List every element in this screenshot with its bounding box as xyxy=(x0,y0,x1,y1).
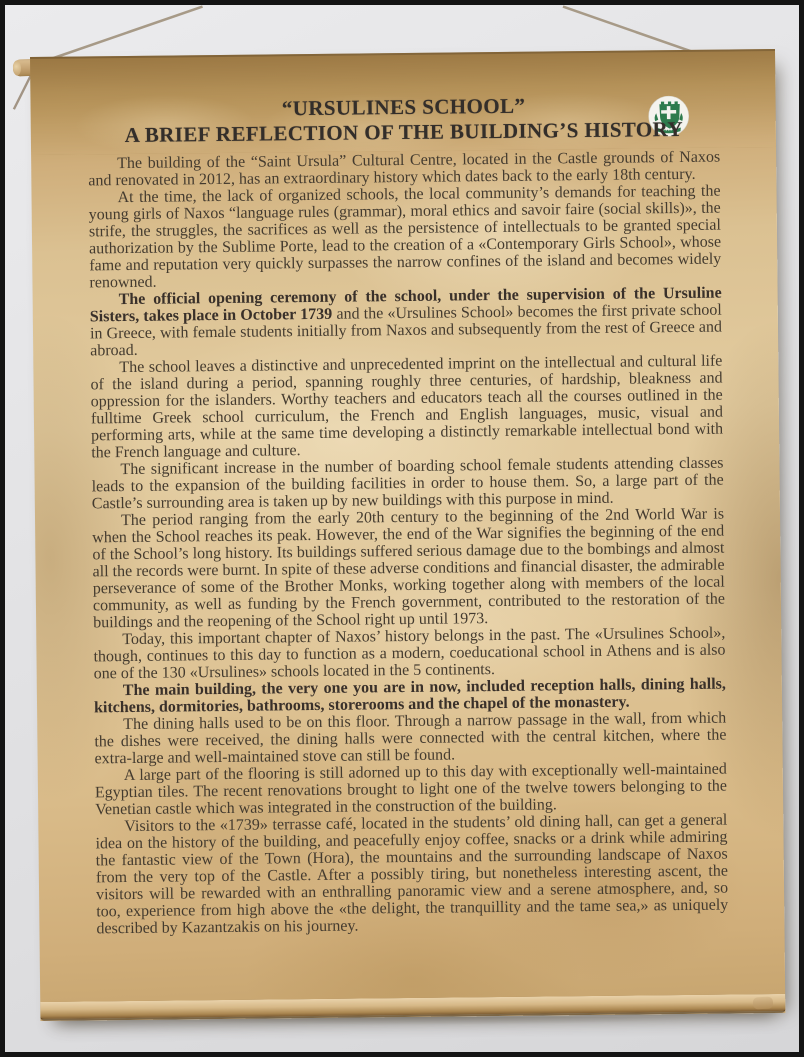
photo-frame: “URSULINES SCHOOL” A BRIEF REFLECTION OF… xyxy=(0,0,804,1057)
poster-body: The building of the “Saint Ursula” Cultu… xyxy=(88,149,728,938)
paragraph: The school leaves a distinctive and unpr… xyxy=(90,353,723,462)
paragraph: Visitors to the «1739» terrasse café, lo… xyxy=(95,812,728,938)
wall-shadow xyxy=(45,1017,765,1027)
paragraph: The significant increase in the number o… xyxy=(91,455,724,513)
rod-cap xyxy=(13,60,22,75)
scroll-poster: “URSULINES SCHOOL” A BRIEF REFLECTION OF… xyxy=(30,49,785,1021)
paragraph: At the time, the lack of organized schoo… xyxy=(88,183,721,292)
paragraph: Today, this important chapter of Naxos’ … xyxy=(93,625,726,683)
bottom-rod-stub xyxy=(753,996,774,1009)
poster-content: “URSULINES SCHOOL” A BRIEF REFLECTION OF… xyxy=(30,49,785,1021)
paragraph: The period ranging from the early 20th c… xyxy=(92,506,725,632)
paragraph: A large part of the flooring is still ad… xyxy=(95,761,728,819)
paragraph: The dining halls used to be on this floo… xyxy=(94,710,727,768)
paragraph: The official opening ceremony of the sch… xyxy=(90,285,723,360)
